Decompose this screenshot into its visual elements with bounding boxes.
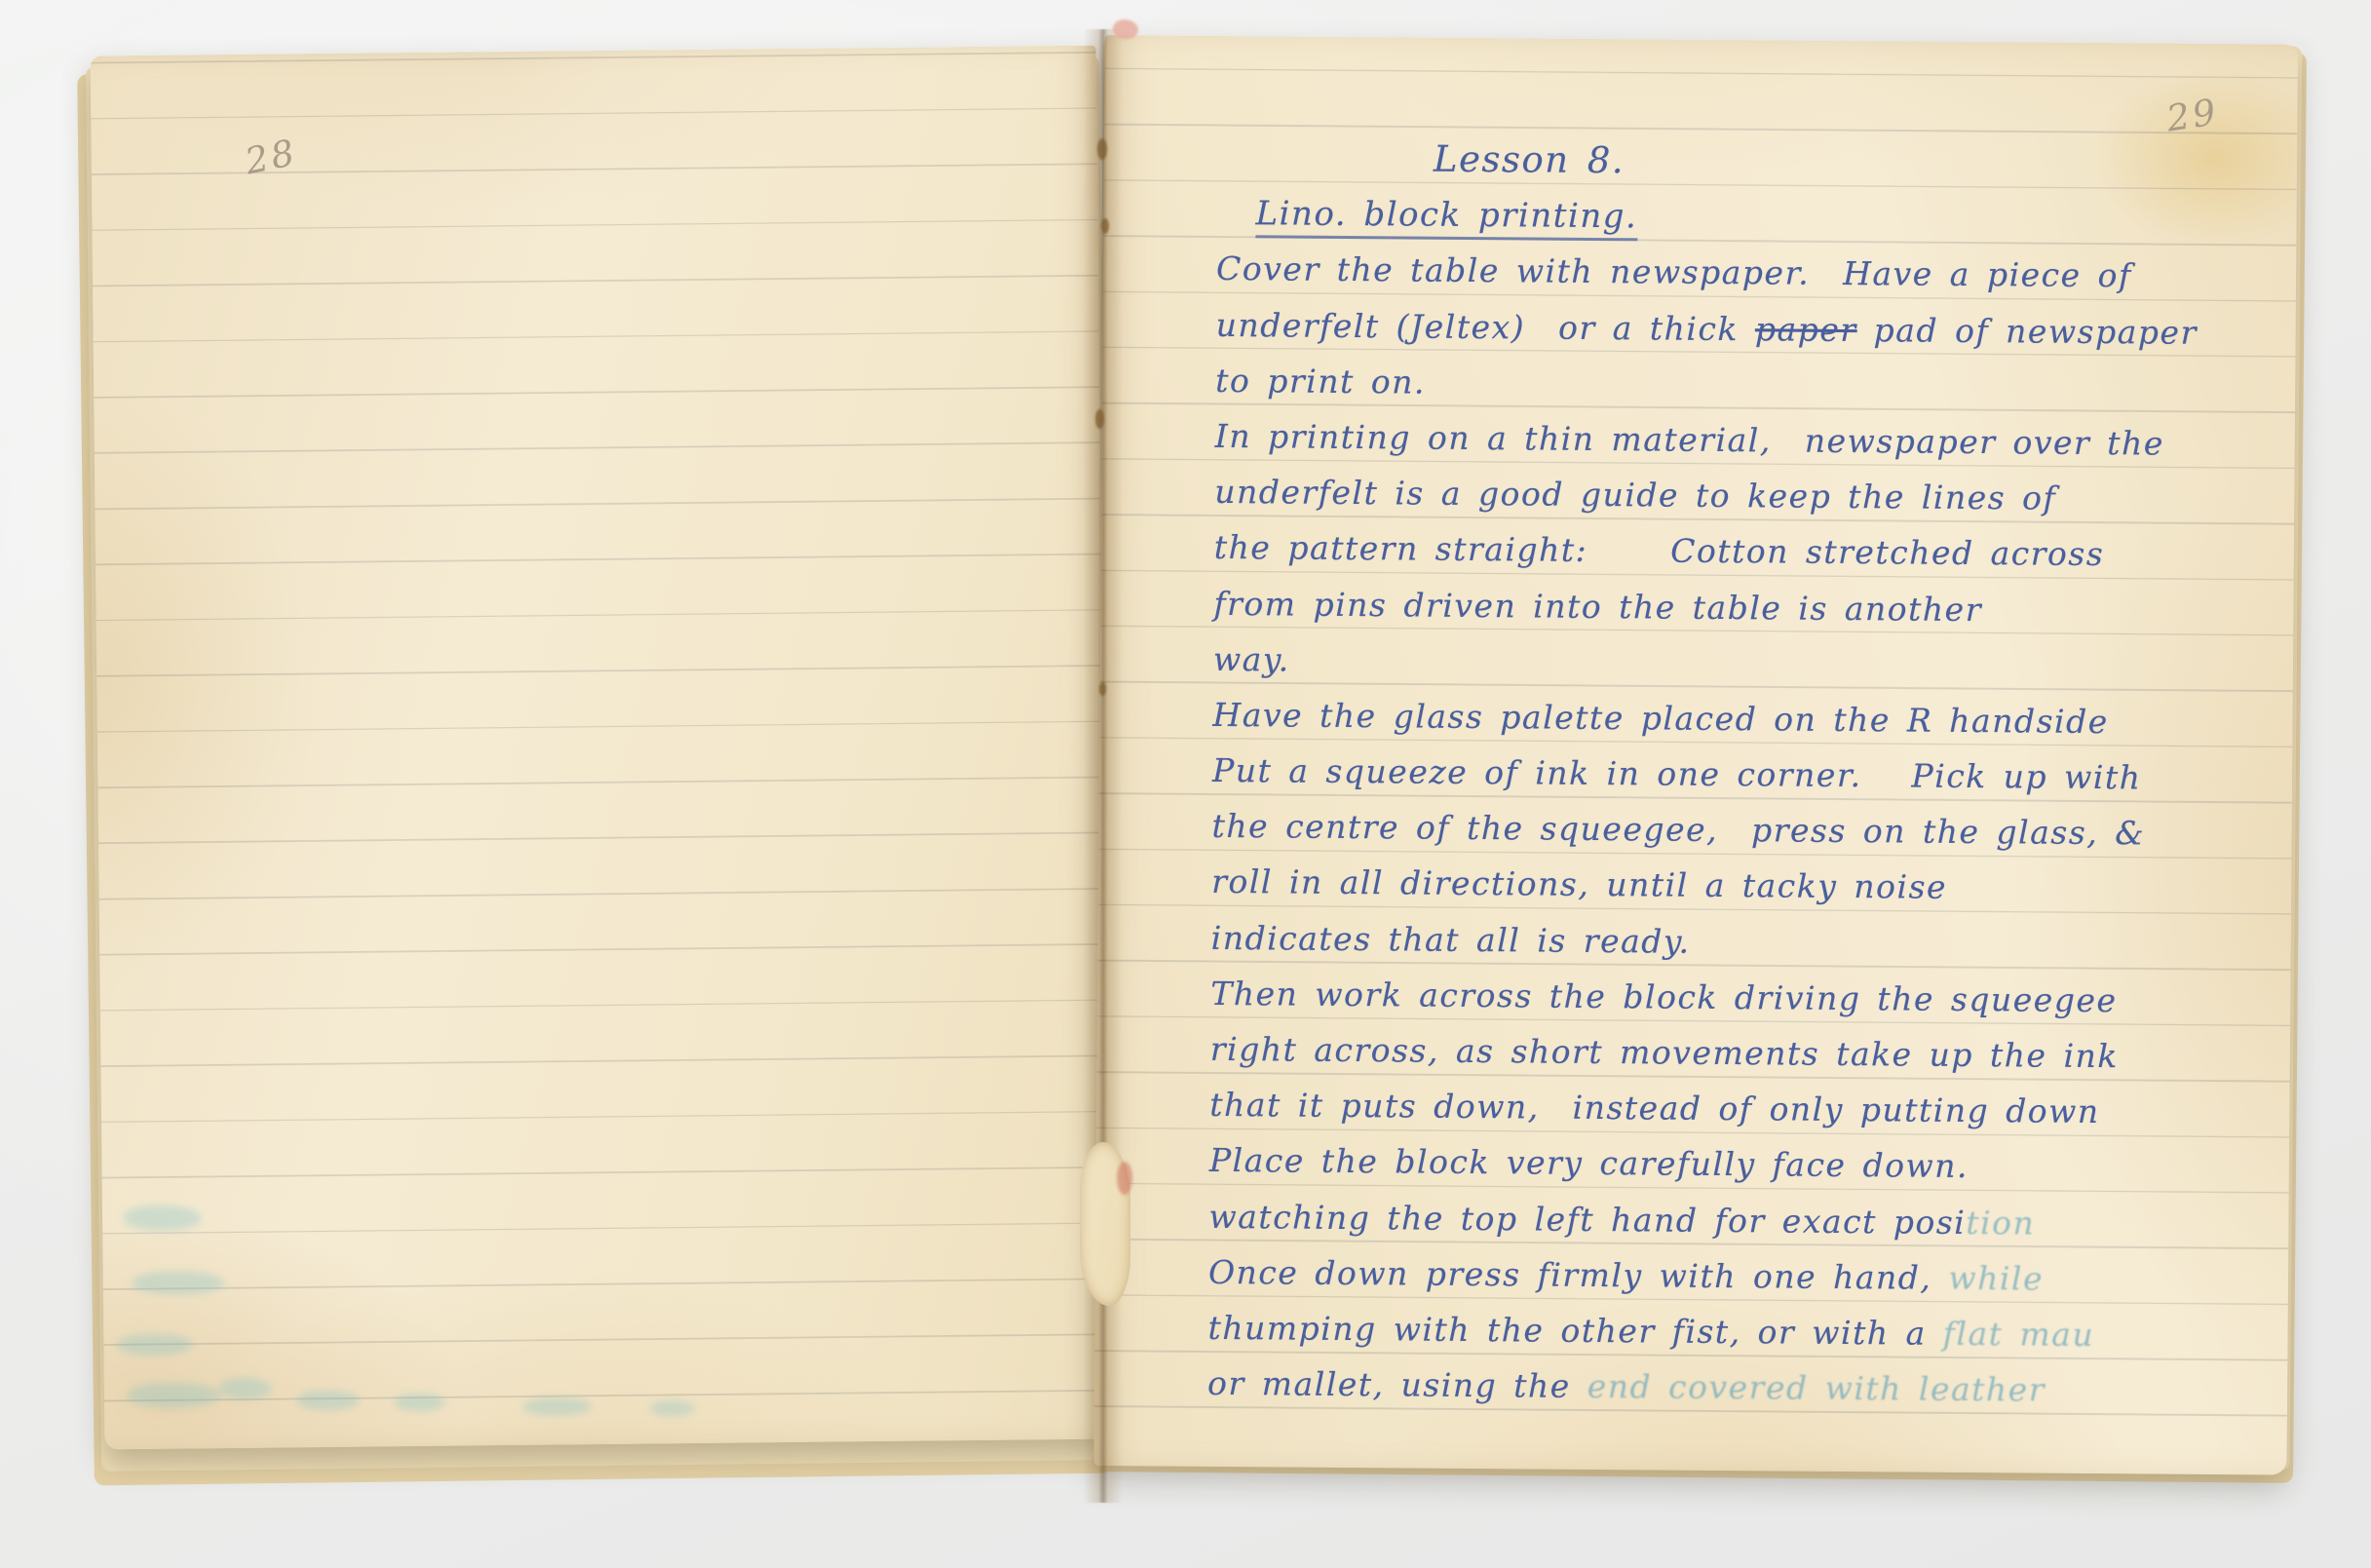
spine-red-mark <box>1117 1162 1132 1195</box>
handwriting-line: Then work across the block driving the s… <box>1210 970 2185 1033</box>
handwriting-line: watching the top left hand for exact pos… <box>1208 1192 2183 1255</box>
handwriting-segment: the centre of the squeegee, press on the… <box>1211 807 2145 853</box>
handwriting-line: indicates that all is ready. <box>1210 914 2185 977</box>
handwriting-segment: Put a squeeze of ink in one corner. Pick… <box>1212 751 2142 796</box>
ink-showthrough-smudge <box>523 1397 592 1416</box>
handwriting-block: Lesson 8.Lino. block printing.Cover the … <box>1207 134 2192 1423</box>
ink-showthrough-smudge <box>128 1382 221 1408</box>
handwriting-segment: roll in all directions, until a tacky no… <box>1211 862 1947 906</box>
right-page: 29 Lesson 8.Lino. block printing.Cover t… <box>1093 35 2297 1475</box>
handwriting-segment: underfelt (Jeltex) or a thick <box>1216 305 1756 347</box>
handwriting-segment: while <box>1931 1258 2044 1297</box>
handwriting-line: Place the block very carefully face down… <box>1209 1136 2184 1200</box>
handwriting-line: right across, as short movements take up… <box>1210 1025 2185 1089</box>
handwriting-segment: or mallet, using the <box>1207 1364 1587 1405</box>
handwriting-segment: In printing on a thin material, newspape… <box>1215 417 2164 463</box>
handwriting-segment: Lino. block printing. <box>1255 194 1637 241</box>
handwriting-segment: pad of newspaper <box>1856 311 2197 352</box>
spine-wear-spot <box>1101 218 1109 234</box>
ruled-lines <box>91 46 1111 1450</box>
handwriting-segment: tion <box>1966 1204 2035 1243</box>
handwriting-segment: to print on. <box>1215 362 1426 402</box>
ink-showthrough-smudge <box>650 1400 695 1416</box>
handwriting-segment: watching the top left hand for exact pos… <box>1208 1197 1966 1241</box>
handwriting-segment: end covered with leather <box>1587 1367 2046 1409</box>
handwriting-line: the centre of the squeegee, press on the… <box>1211 802 2186 865</box>
handwriting-segment: flat mau <box>1943 1315 2095 1354</box>
handwriting-segment: underfelt is a good guide to keep the li… <box>1214 473 2056 517</box>
handwriting-segment: way. <box>1213 640 1290 679</box>
spine-wear-spot <box>1099 682 1106 696</box>
handwriting-line: Have the glass palette placed on the R h… <box>1212 691 2187 754</box>
handwriting-segment: Have the glass palette placed on the R h… <box>1212 696 2108 741</box>
handwriting-line: underfelt (Jeltex) or a thick paper pad … <box>1215 300 2190 363</box>
handwriting-segment: the pattern straight: Cotton stretched a… <box>1214 528 2105 573</box>
ink-showthrough-smudge <box>395 1394 445 1412</box>
ink-showthrough-smudge <box>219 1378 272 1400</box>
handwriting-line: Cover the table with newspaper. Have a p… <box>1216 245 2191 308</box>
handwriting-line: underfelt is a good guide to keep the li… <box>1214 468 2189 531</box>
handwriting-line: thumping with the other fist, or with a … <box>1207 1304 2182 1367</box>
handwriting-line: way. <box>1213 635 2188 699</box>
photo-backdrop: { "book": { "description": "Open exercis… <box>0 0 2371 1568</box>
handwriting-line: to print on. <box>1215 357 2190 420</box>
ink-showthrough-smudge <box>297 1391 360 1411</box>
spine-pink-fragment <box>1113 19 1138 39</box>
handwriting-line: the pattern straight: Cotton stretched a… <box>1214 523 2189 587</box>
lesson-heading: Lino. block printing. <box>1255 189 2191 252</box>
handwriting-segment: thumping with the other fist, or with a <box>1207 1309 1942 1353</box>
handwriting-segment: that it puts down, instead of only putti… <box>1209 1086 2100 1130</box>
spine-wear-spot <box>1097 138 1107 160</box>
handwriting-line: roll in all directions, until a tacky no… <box>1211 858 2186 921</box>
spine-wear-spot <box>1095 409 1104 429</box>
handwriting-segment: indicates that all is ready. <box>1211 919 1691 961</box>
handwriting-segment: Place the block very carefully face down… <box>1209 1141 1969 1185</box>
handwriting-line: that it puts down, instead of only putti… <box>1209 1081 2184 1144</box>
handwriting-segment: Then work across the block driving the s… <box>1210 975 2118 1019</box>
handwriting-line: or mallet, using the end covered with le… <box>1207 1359 2182 1423</box>
ink-showthrough-smudge <box>117 1333 193 1356</box>
page-number-left: 28 <box>242 132 301 183</box>
handwriting-segment: Cover the table with newspaper. Have a p… <box>1216 249 2132 294</box>
handwriting-segment: Lesson 8. <box>1434 138 1625 182</box>
handwriting-segment: paper <box>1755 310 1857 349</box>
handwriting-segment: from pins driven into the table is anoth… <box>1213 584 1982 628</box>
page-number-right: 29 <box>2163 91 2221 139</box>
ink-showthrough-smudge <box>133 1271 225 1295</box>
handwriting-segment: Once down press firmly with one hand, <box>1208 1253 1932 1297</box>
handwriting-line: In printing on a thin material, newspape… <box>1215 412 2190 476</box>
handwriting-line: Put a squeeze of ink in one corner. Pick… <box>1212 746 2187 810</box>
lesson-title: Lesson 8. <box>1434 135 2192 197</box>
ink-showthrough-smudge <box>124 1205 202 1231</box>
handwriting-segment: right across, as short movements take up… <box>1210 1030 2119 1075</box>
left-page: 28 <box>91 46 1111 1450</box>
handwriting-line: from pins driven into the table is anoth… <box>1213 579 2188 642</box>
handwriting-line: Once down press firmly with one hand, wh… <box>1208 1248 2183 1312</box>
